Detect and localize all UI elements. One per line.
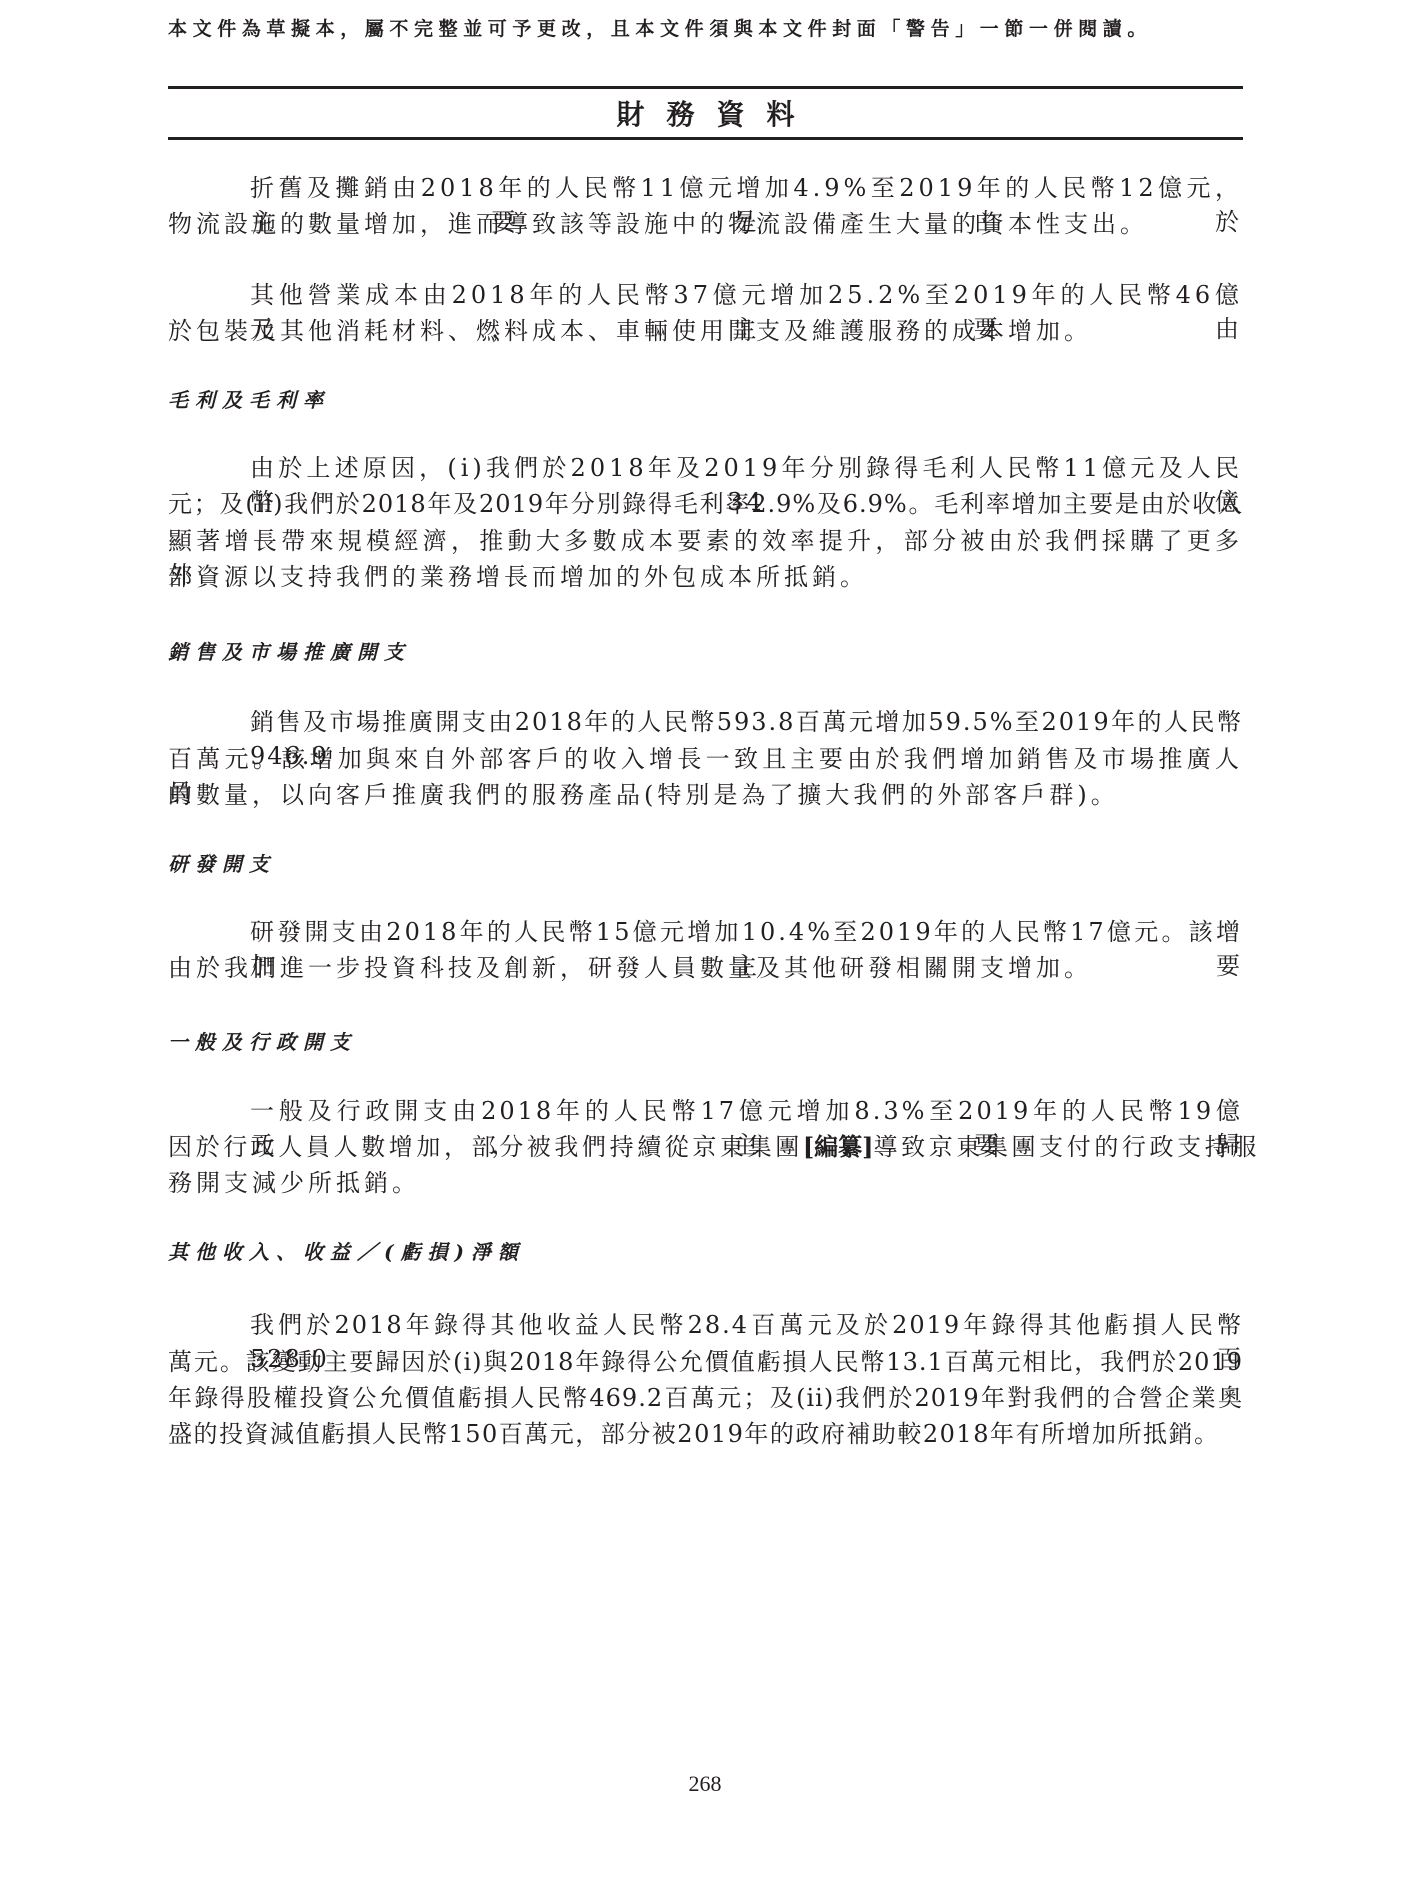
draft-notice: 本文件為草擬本，屬不完整並可予更改，且本文件須與本文件封面「警告」一節一併閱讀。: [168, 14, 1168, 44]
title-rule-bottom: [168, 137, 1243, 140]
document-page: 本文件為草擬本，屬不完整並可予更改，且本文件須與本文件封面「警告」一節一併閱讀。…: [0, 0, 1411, 1881]
paragraph-line: 折舊及攤銷由2018年的人民幣11億元增加4.9%至2019年的人民幣12億元，…: [168, 171, 1243, 205]
paragraph-line: 萬元。該變動主要歸因於(i)與2018年錄得公允價值虧損人民幣13.1百萬元相比…: [168, 1345, 1243, 1379]
paragraph-line: 因於行政人員人數增加，部分被我們持續從京東集團 [編纂] 導致京東集團支付的行政…: [168, 1130, 1243, 1164]
paragraph-line: 年錄得股權投資公允價值虧損人民幣469.2百萬元；及(ii)我們於2019年對我…: [168, 1381, 1243, 1415]
heading-gross-profit: 毛利及毛利率: [168, 384, 330, 416]
paragraph-line: 百萬元。該增加與來自外部客戶的收入增長一致且主要由於我們增加銷售及市場推廣人員: [168, 742, 1243, 776]
paragraph-line: 由於上述原因，(i)我們於2018年及2019年分別錄得毛利人民幣11億元及人民…: [168, 451, 1243, 485]
paragraph-line: 於包裝及其他消耗材料、燃料成本、車輛使用開支及維護服務的成本增加。: [168, 314, 1243, 348]
page-number: 268: [655, 1770, 755, 1798]
heading-selling-marketing: 銷售及市場推廣開支: [168, 636, 411, 668]
paragraph-line: 務開支減少所抵銷。: [168, 1166, 1243, 1200]
heading-other-income: 其他收入、收益／(虧損)淨額: [168, 1236, 525, 1268]
paragraph-line: 研發開支由2018年的人民幣15億元增加10.4%至2019年的人民幣17億元。…: [168, 915, 1243, 949]
paragraph-line: 由於我們進一步投資科技及創新，研發人員數量及其他研發相關開支增加。: [168, 951, 1243, 985]
paragraph-line: 盛的投資減值虧損人民幣150百萬元，部分被2019年的政府補助較2018年有所增…: [168, 1417, 1243, 1451]
paragraph-line: 我們於2018年錄得其他收益人民幣28.4百萬元及於2019年錄得其他虧損人民幣…: [168, 1308, 1243, 1342]
heading-general-admin: 一般及行政開支: [168, 1026, 357, 1058]
paragraph-fragment: 導致京東集團支付的行政支持服: [874, 1130, 1260, 1164]
section-title: 財務資料: [168, 97, 1243, 133]
paragraph-line: 其他營業成本由2018年的人民幣37億元增加25.2%至2019年的人民幣46億…: [168, 278, 1243, 312]
paragraph-line: 部資源以支持我們的業務增長而增加的外包成本所抵銷。: [168, 560, 1243, 594]
title-rule-top: [168, 86, 1243, 89]
paragraph-line: 一般及行政開支由2018年的人民幣17億元增加8.3%至2019年的人民幣19億…: [168, 1094, 1243, 1128]
paragraph-line: 的數量，以向客戶推廣我們的服務產品(特別是為了擴大我們的外部客戶群)。: [168, 778, 1243, 812]
redacted-marker: [編纂]: [803, 1130, 874, 1164]
heading-research-development: 研發開支: [168, 848, 276, 880]
paragraph-line: 物流設施的數量增加，進而導致該等設施中的物流設備產生大量的資本性支出。: [168, 207, 1243, 241]
paragraph-fragment: 因於行政人員人數增加，部分被我們持續從京東集團: [168, 1130, 803, 1164]
paragraph-line: 銷售及市場推廣開支由2018年的人民幣593.8百萬元增加59.5%至2019年…: [168, 705, 1243, 739]
paragraph-line: 顯著增長帶來規模經濟，推動大多數成本要素的效率提升，部分被由於我們採購了更多外: [168, 524, 1243, 558]
paragraph-line: 元；及(ii)我們於2018年及2019年分別錄得毛利率2.9%及6.9%。毛利…: [168, 487, 1243, 521]
